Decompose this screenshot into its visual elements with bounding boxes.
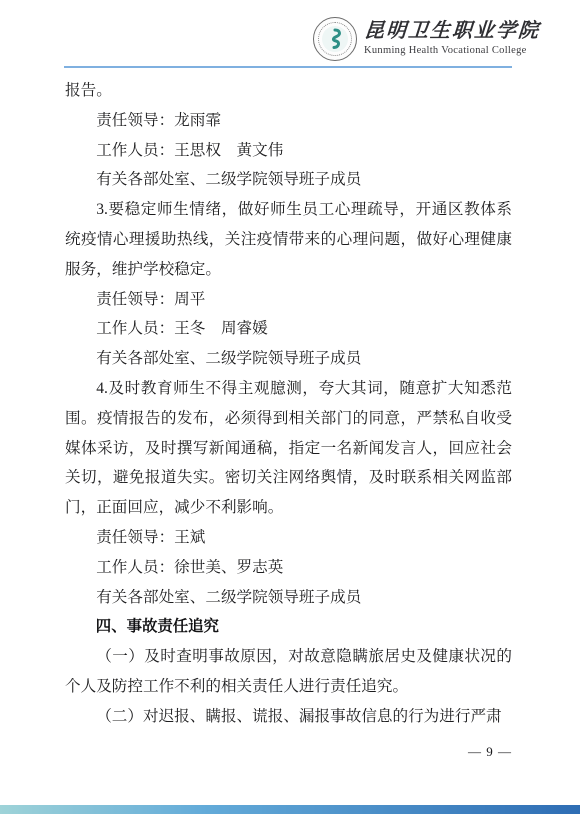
departments-line: 有关各部处室、二级学院领导班子成员 <box>65 165 512 195</box>
staff-line: 工作人员：王冬 周睿媛 <box>65 314 512 344</box>
responsible-leader-line: 责任领导：龙雨霏 <box>65 106 512 136</box>
paragraph-sub-2: （二）对迟报、瞒报、谎报、漏报事故信息的行为进行严肃 <box>65 702 512 732</box>
section-heading: 四、事故责任追究 <box>65 612 512 642</box>
staff-line: 工作人员：徐世美、罗志英 <box>65 553 512 583</box>
staff-line: 工作人员：王思权 黄文伟 <box>65 136 512 166</box>
paragraph-sub-1: （一）及时查明事故原因，对故意隐瞒旅居史及健康状况的个人及防控工作不利的相关责任… <box>65 642 512 702</box>
college-name-en: Kunming Health Vocational College <box>364 45 540 57</box>
paragraph: 报告。 <box>65 76 512 106</box>
responsible-leader-line: 责任领导：王斌 <box>65 523 512 553</box>
paragraph-item-3: 3.要稳定师生情绪，做好师生员工心理疏导，开通区教体系统疫情心理援助热线，关注疫… <box>65 195 512 284</box>
page-number: — 9 — <box>468 744 512 760</box>
departments-line: 有关各部处室、二级学院领导班子成员 <box>65 344 512 374</box>
footer-accent-bar <box>0 805 580 814</box>
college-seal-icon <box>313 17 357 61</box>
college-title-block: 昆明卫生职业学院 Kunming Health Vocational Colle… <box>364 20 540 57</box>
document-page: 昆明卫生职业学院 Kunming Health Vocational Colle… <box>0 0 580 819</box>
seal-text-ring <box>318 22 352 56</box>
departments-line: 有关各部处室、二级学院领导班子成员 <box>65 583 512 613</box>
paragraph-item-4: 4.及时教育师生不得主观臆测，夸大其词，随意扩大知悉范围。疫情报告的发布，必须得… <box>65 374 512 523</box>
college-name-zh: 昆明卫生职业学院 <box>363 20 541 43</box>
responsible-leader-line: 责任领导：周平 <box>65 285 512 315</box>
header-divider-line <box>64 66 512 68</box>
document-header: 昆明卫生职业学院 Kunming Health Vocational Colle… <box>313 17 540 61</box>
document-body: 报告。 责任领导：龙雨霏 工作人员：王思权 黄文伟 有关各部处室、二级学院领导班… <box>65 76 512 732</box>
